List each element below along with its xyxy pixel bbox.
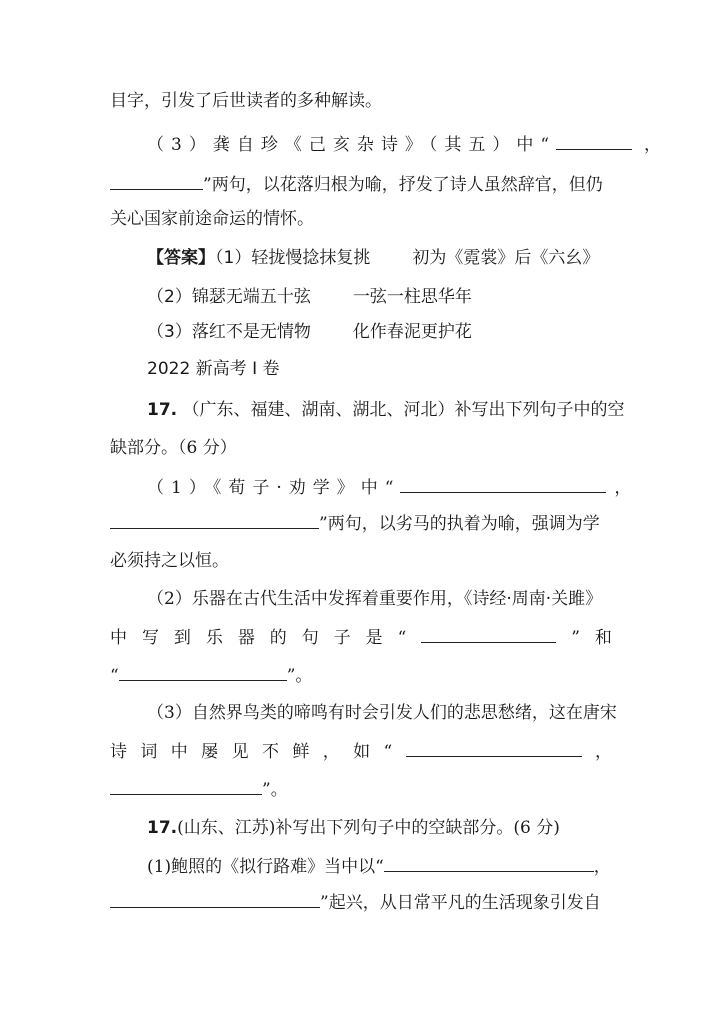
answer-blank[interactable] — [421, 624, 556, 643]
answer-blank[interactable] — [556, 131, 632, 150]
subquestion-1-line-2: ”两句，以劣马的执着为喻，强调为学 — [110, 510, 612, 536]
char: 不 — [262, 739, 279, 765]
answer-blank[interactable] — [406, 738, 582, 757]
answer-text: 化作春泥更护花 — [353, 322, 472, 342]
t1-line: (1)鲍照的《拟行路难》当中以“， — [147, 853, 612, 879]
t1-suffix: ”起兴，从日常平凡的生活现象引发自 — [320, 893, 601, 913]
t1-line-2: ”起兴，从日常平凡的生活现象引发自 — [110, 889, 612, 915]
question-number: 17. — [147, 818, 177, 838]
answer-text: 锦瑟无端五十弦 — [192, 287, 311, 307]
subquestion-prefix: （1）《荀子·劝学》中“ — [147, 478, 400, 498]
answer-line-3: （3）落红不是无情物化作春泥更护花 — [147, 319, 612, 345]
char: 和 — [595, 625, 612, 651]
answer-text: 初为《霓裳》后《六幺》 — [412, 248, 599, 268]
answer-blank[interactable] — [110, 889, 320, 908]
char: 词 — [140, 739, 157, 765]
question-3-line-2: ”两句，以花落归根为喻，抒发了诗人虽然辞官，但仍 — [110, 171, 612, 197]
answer-blank[interactable] — [400, 474, 606, 493]
char: 句 — [302, 625, 319, 651]
char: ， — [323, 739, 340, 765]
comma: ， — [644, 135, 661, 155]
answer-blank[interactable] — [110, 776, 262, 795]
question-number: 17. — [147, 400, 177, 420]
char: 写 — [142, 625, 159, 651]
question-text: （广东、福建、湖南、湖北、河北）补写出下列句子中的空 — [183, 400, 625, 420]
char: 见 — [232, 739, 249, 765]
question-17a-line-2: 缺部分。（6 分） — [110, 435, 612, 461]
char: 屡 — [201, 739, 218, 765]
answer-blank[interactable] — [119, 662, 287, 681]
question-3-suffix: ”两句，以花落归根为喻，抒发了诗人虽然辞官，但仍 — [203, 175, 603, 195]
char: 中 — [110, 625, 127, 651]
char: 鲜 — [292, 739, 309, 765]
answer-blank[interactable] — [110, 510, 319, 529]
char: 的 — [270, 625, 287, 651]
answer-number: （1） — [215, 248, 251, 268]
char: 器 — [238, 625, 255, 651]
subquestion-3-line: （3）自然界鸟类的啼鸣有时会引发人们的悲思愁绪，这在唐宋 — [147, 700, 612, 726]
question-3-line: （3）龚自珍《己亥杂诗》（其五）中“， — [147, 131, 612, 157]
char: 诗 — [110, 739, 127, 765]
comma: ， — [614, 478, 631, 498]
char: “ — [398, 625, 407, 651]
answer-blank[interactable] — [110, 171, 203, 190]
paragraph-line: 目字，引发了后世读者的多种解读。 — [110, 88, 612, 114]
quote-end: ”。 — [262, 780, 288, 800]
char: 如 — [353, 739, 370, 765]
subquestion-2-line: （2）乐器在古代生活中发挥着重要作用，《诗经·周南·关雎》 — [147, 586, 612, 612]
quote-end: ”。 — [287, 666, 313, 686]
answer-line-2: （2）锦瑟无端五十弦一弦一柱思华年 — [147, 284, 612, 310]
quote: ” — [571, 625, 580, 651]
char: 乐 — [206, 625, 223, 651]
subquestion-2-line-2: 中 写 到 乐 器 的 句 子 是 “ ” 和 — [110, 624, 612, 650]
subquestion-3-line-3: ”。 — [110, 776, 612, 802]
exam-title: 2022 新高考 I 卷 — [147, 356, 612, 382]
subquestion-1-line: （1）《荀子·劝学》中“， — [147, 474, 612, 500]
t1-prefix: (1)鲍照的《拟行路难》当中以“ — [147, 857, 384, 877]
comma: ， — [595, 739, 612, 765]
char: 子 — [334, 625, 351, 651]
quote: “ — [110, 666, 119, 686]
subquestion-suffix: ”两句，以劣马的执着为喻，强调为学 — [319, 514, 600, 534]
subquestion-1-line-3: 必须持之以恒。 — [110, 548, 612, 574]
subquestion-3-line-2: 诗 词 中 屡 见 不 鲜 ， 如 “ ， — [110, 738, 612, 764]
char: 中 — [171, 739, 188, 765]
question-17a-line: 17. （广东、福建、湖南、湖北、河北）补写出下列句子中的空 — [147, 397, 612, 423]
char: 到 — [174, 625, 191, 651]
answer-text: 落红不是无情物 — [192, 322, 311, 342]
char: “ — [384, 739, 393, 765]
question-text: (山东、江苏)补写出下列句子中的空缺部分。(6 分) — [177, 818, 560, 838]
answer-blank[interactable] — [384, 853, 594, 872]
answer-number: （2） — [147, 287, 192, 307]
subquestion-2-line-3: “”。 — [110, 662, 612, 688]
comma: ， — [594, 857, 611, 877]
char: 是 — [366, 625, 383, 651]
answer-text: 一弦一柱思华年 — [353, 287, 472, 307]
answer-label: 【答案】 — [147, 248, 215, 268]
question-3-prefix: （3）龚自珍《己亥杂诗》（其五）中“ — [147, 135, 556, 155]
answer-line-1: 【答案】（1）轻拢慢捻抹复挑初为《霓裳》后《六幺》 — [147, 245, 612, 271]
answer-number: （3） — [147, 322, 192, 342]
answer-text: 轻拢慢捻抹复挑 — [251, 248, 370, 268]
question-17b-line: 17.(山东、江苏)补写出下列句子中的空缺部分。(6 分) — [147, 815, 612, 841]
question-3-line-3: 关心国家前途命运的情怀。 — [110, 206, 612, 232]
